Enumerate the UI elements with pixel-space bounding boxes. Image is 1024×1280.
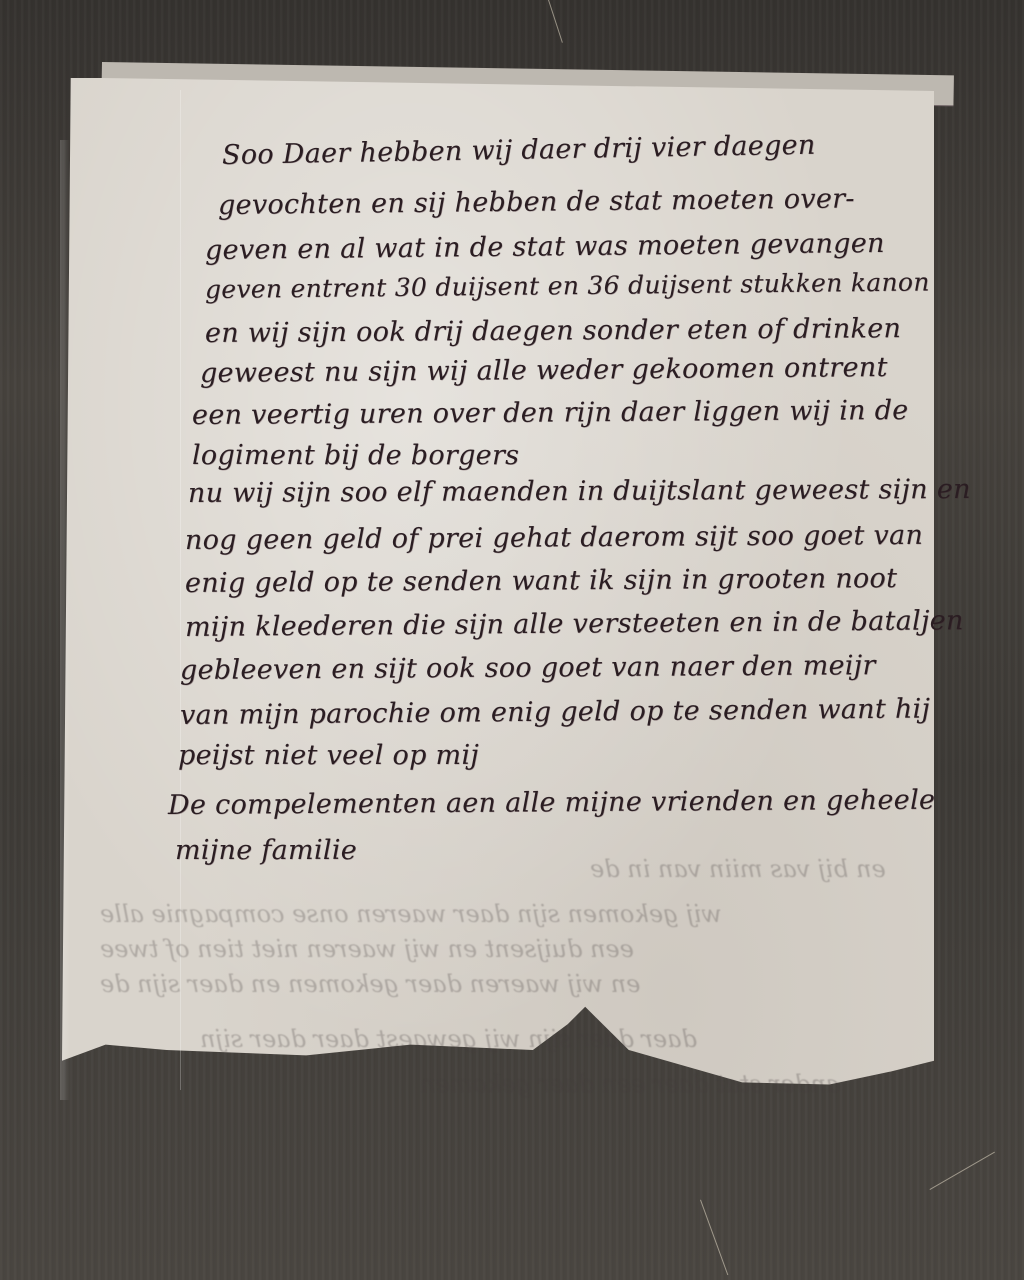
letter-body: en bij vas miin van in de wij gekomen si… <box>0 0 1024 1280</box>
bleed-through-line: daer daer sijn wij gewaest daer daer sij… <box>200 1025 697 1053</box>
bleed-through-line: een duijsent en wij waeren niet tien of … <box>100 935 634 963</box>
letter-line: geven en al wat in de stat was moeten ge… <box>205 228 885 266</box>
letter-line: Soo Daer hebben wij daer drij vier daege… <box>222 130 816 171</box>
letter-line: geven entrent 30 duijsent en 36 duijsent… <box>205 267 930 304</box>
letter-line: De compelementen aen alle mijne vrienden… <box>168 785 935 821</box>
letter-line: peijst niet veel op mij <box>178 740 479 771</box>
letter-line: een veertig uren over den rijn daer ligg… <box>192 395 909 431</box>
bleed-through-line: en bij vas miin van in de <box>590 855 886 883</box>
bleed-through-line: wij gekomen sijn daer waeren onse compag… <box>100 900 722 928</box>
letter-line: nog geen geld of prei gehat daerom sijt … <box>185 520 923 556</box>
letter-line: mijn kleederen die sijn alle versteeten … <box>185 605 964 643</box>
letter-line: en wij sijn ook drij daegen sonder eten … <box>205 313 901 349</box>
letter-line: geweest nu sijn wij alle weder gekoomen … <box>200 352 888 389</box>
letter-line: nu wij sijn soo elf maenden in duijtslan… <box>188 474 971 509</box>
bleed-through-line: en wij waeren daer gekomen en daer sijn … <box>100 970 640 998</box>
bleed-through-line: ander stat daer een daer gekomen <box>420 1070 840 1098</box>
letter-line: van mijn parochie om enig geld op te sen… <box>180 693 930 731</box>
letter-line: gebleeven en sijt ook soo goet van naer … <box>180 650 876 686</box>
letter-line: enig geld op te senden want ik sijn in g… <box>185 563 897 599</box>
letter-line: logiment bij de borgers <box>192 440 519 471</box>
letter-line: gevochten en sij hebben de stat moeten o… <box>218 183 855 221</box>
letter-line: mijne familie <box>175 835 357 866</box>
